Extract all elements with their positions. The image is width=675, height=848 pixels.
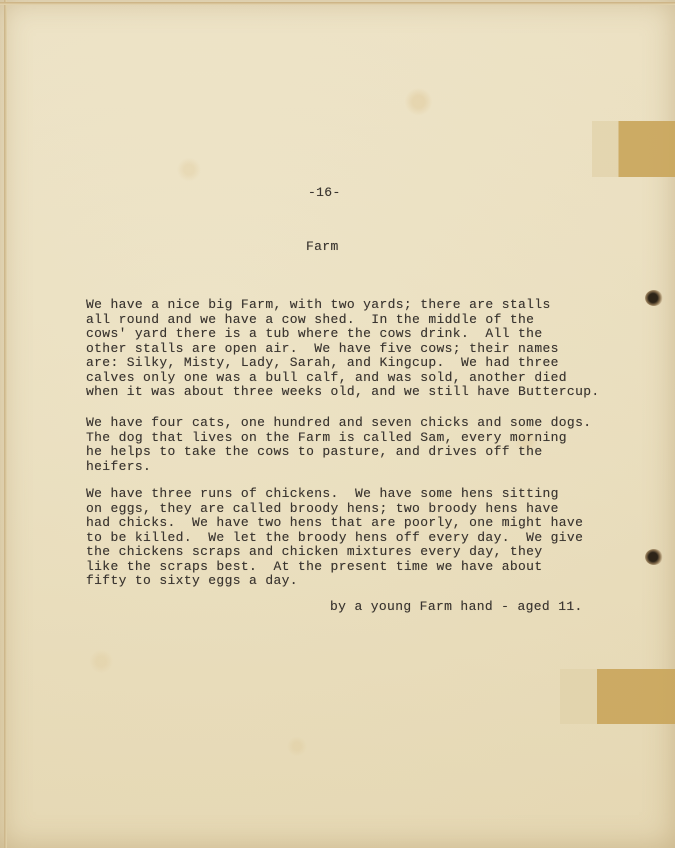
author-byline: by a young Farm hand - aged 11. <box>330 600 583 615</box>
article-title: Farm <box>306 240 339 255</box>
paragraph-cats-dogs: We have four cats, one hundred and seven… <box>86 416 591 474</box>
punch-hole-upper <box>645 290 663 306</box>
punch-hole-lower <box>645 549 663 565</box>
paragraph-farm-cows: We have a nice big Farm, with two yards;… <box>86 298 600 400</box>
tape-strip-top <box>592 121 675 177</box>
paragraph-chickens: We have three runs of chickens. We have … <box>86 487 583 589</box>
tape-strip-bottom <box>560 669 675 724</box>
page-number: -16- <box>308 186 341 201</box>
page-edge-left <box>4 0 7 848</box>
document-page: -16- Farm We have a nice big Farm, with … <box>0 0 675 848</box>
page-edge-top <box>0 2 675 5</box>
